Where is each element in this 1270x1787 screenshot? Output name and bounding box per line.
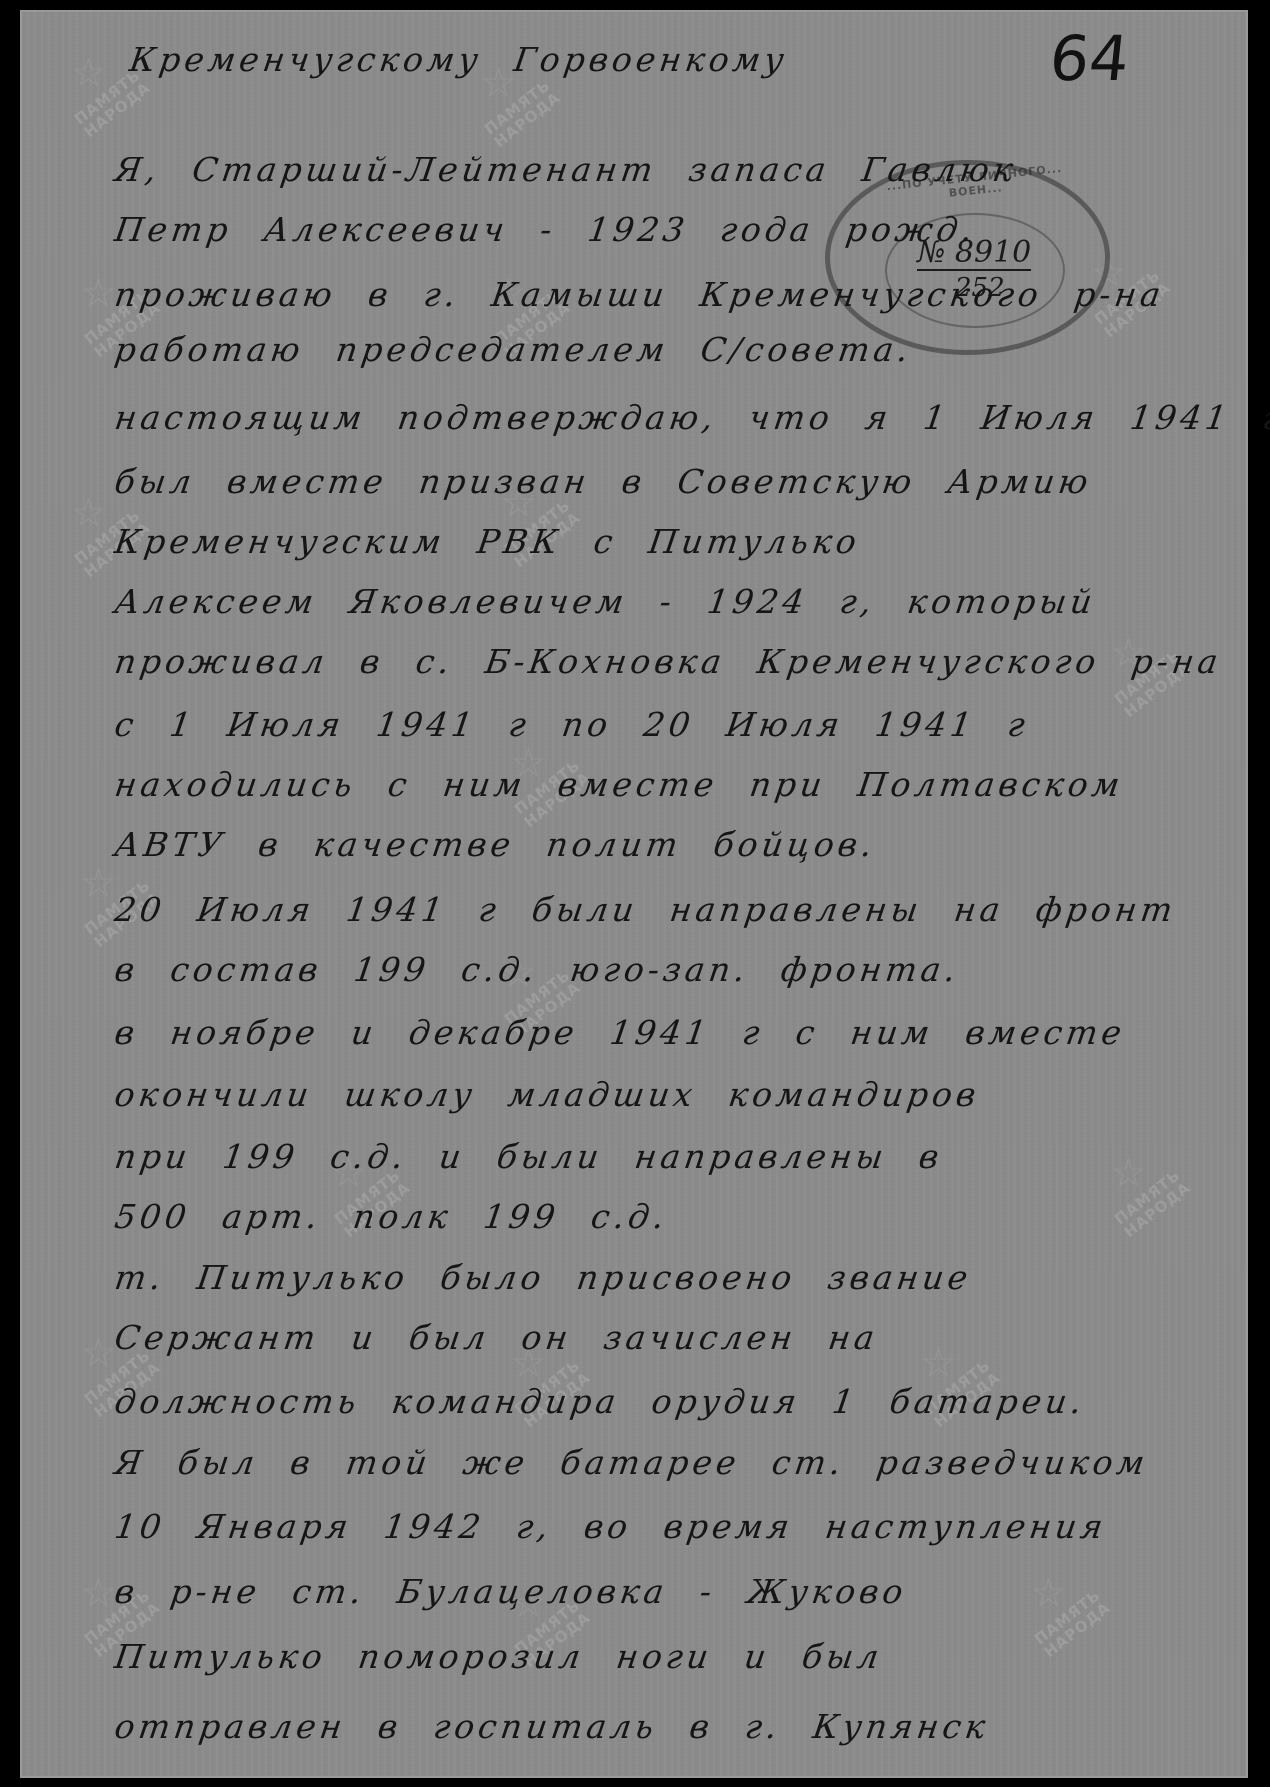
text-line: проживал в с. Б-Кохновка Кременчугского … — [112, 642, 1224, 681]
text-line: Сержант и был он зачислен на — [112, 1318, 881, 1357]
text-line: АВТУ в качестве полит бойцов. — [112, 825, 878, 864]
star-icon: ☆ — [1090, 1154, 1169, 1194]
text-line: был вместе призван в Советскую Армию — [112, 462, 1094, 501]
text-line: работаю председателем С/совета. — [112, 330, 914, 369]
star-icon: ☆ — [50, 54, 129, 94]
text-line: 500 арт. полк 199 с.д. — [112, 1197, 670, 1236]
text-line: Я, Старший-Лейтенант запаса Гавлюк — [112, 150, 1019, 189]
text-line: настоящим подтверждаю, что я 1 Июля 1941… — [112, 398, 1270, 437]
text-line: проживаю в г. Камыши Кременчугского р-на — [112, 275, 1167, 314]
star-icon: ☆ — [1010, 1574, 1089, 1614]
text-line: Кременчугским РВК с Питулько — [112, 522, 862, 561]
text-line: отправлен в госпиталь в г. Купянск — [112, 1707, 991, 1746]
watermark: ☆ПАМЯТЬНАРОДА — [1006, 1554, 1114, 1661]
text-line: Петр Алексеевич - 1923 года рожд. — [112, 210, 979, 249]
text-line: в состав 199 с.д. юго-зап. фронта. — [112, 950, 962, 989]
text-line: Алексеем Яковлевичем - 1924 г, который — [112, 582, 1098, 621]
registration-stamp: ...ПО УЧЕТУ ЛИЧНОГО... ВОЕН... № 8910 25… — [825, 160, 1110, 355]
text-line: находились с ним вместе при Полтавском — [112, 765, 1126, 804]
text-line: должность командира орудия 1 батареи. — [112, 1382, 1088, 1421]
text-line: Питулько поморозил ноги и был — [112, 1637, 885, 1676]
text-line: 20 Июля 1941 г были направлены на фронт — [112, 890, 1179, 929]
text-line: т. Питулько было присвоено звание — [112, 1258, 974, 1297]
star-icon: ☆ — [900, 1344, 979, 1384]
addressee: Кременчугскому Горвоенкому — [127, 40, 790, 79]
watermark: ☆ПАМЯТЬНАРОДА — [1086, 1134, 1194, 1241]
text-line: окончили школу младших командиров — [112, 1075, 982, 1114]
text-line: в р-не ст. Булацеловка - Жуково — [112, 1572, 909, 1611]
page-number: 64 — [1046, 22, 1133, 95]
text-line: 10 Января 1942 г, во время наступления — [112, 1507, 1109, 1546]
document-page: ☆ПАМЯТЬНАРОДА ☆ПАМЯТЬНАРОДА ☆ПАМЯТЬНАРОД… — [20, 10, 1248, 1778]
text-line: с 1 Июля 1941 г по 20 Июля 1941 г — [112, 705, 1031, 744]
text-line: при 199 с.д. и были направлены в — [112, 1137, 945, 1176]
text-line: Я был в той же батарее ст. разведчиком — [112, 1443, 1151, 1482]
text-line: в ноябре и декабре 1941 г с ним вместе — [112, 1013, 1128, 1052]
